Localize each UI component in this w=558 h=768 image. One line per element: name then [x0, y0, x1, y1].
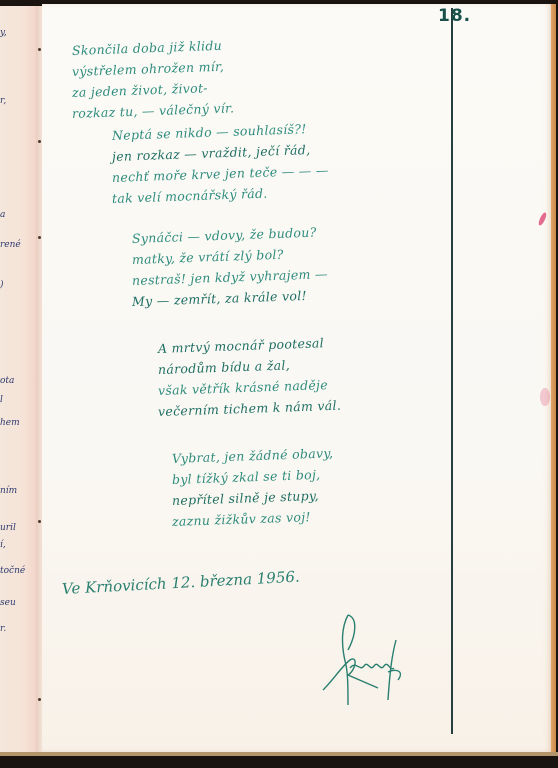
stanza-5: Vybrat, jen žádné obavy, byl tížký zkal …	[172, 448, 333, 532]
margin-rule	[451, 8, 453, 734]
margin-fragment: )	[0, 280, 4, 290]
poem-line: rozkaz tu, — válečný vír.	[72, 97, 235, 124]
margin-fragment: seu	[0, 598, 16, 608]
margin-fragment: ota	[0, 376, 14, 386]
page-edge	[551, 4, 556, 752]
stanza-1: Skončila doba již klidu výstřelem ohrože…	[72, 40, 234, 124]
margin-fragment: l	[0, 395, 3, 405]
margin-fragment: hem	[0, 418, 20, 428]
margin-fragment: í,	[0, 540, 6, 550]
margin-fragment: r,	[0, 96, 6, 106]
margin-fragment: r.	[0, 624, 6, 634]
signature	[318, 610, 408, 705]
binding-hole	[38, 520, 41, 523]
margin-fragment: rené	[0, 240, 21, 250]
margin-fragment: y,	[0, 28, 7, 38]
binding-hole	[38, 48, 41, 51]
margin-fragment: a	[0, 210, 5, 220]
page-number: 18.	[438, 6, 471, 26]
poem-line: zaznu žižkův zas voj!	[172, 505, 334, 532]
stanza-4: A mrtvý mocnář pootesal národům bídu a ž…	[158, 338, 341, 422]
page-bottom-edge	[0, 752, 558, 756]
binding-hole	[38, 140, 41, 143]
stanza-3: Synáčci — vdovy, že budou? matky, že vrá…	[132, 228, 328, 312]
book-spread: y, r, a rené ) ota l hem ním uril í, toč…	[0, 0, 558, 768]
binding-hole	[38, 236, 41, 239]
margin-fragment: točné	[0, 566, 25, 576]
margin-fragment: ním	[0, 486, 17, 496]
margin-fragment: uril	[0, 523, 16, 533]
ink-stain	[540, 388, 550, 406]
binding-hole	[38, 698, 41, 701]
stanza-2: Neptá se nikdo — souhlasíš?! jen rozkaz …	[112, 125, 329, 209]
